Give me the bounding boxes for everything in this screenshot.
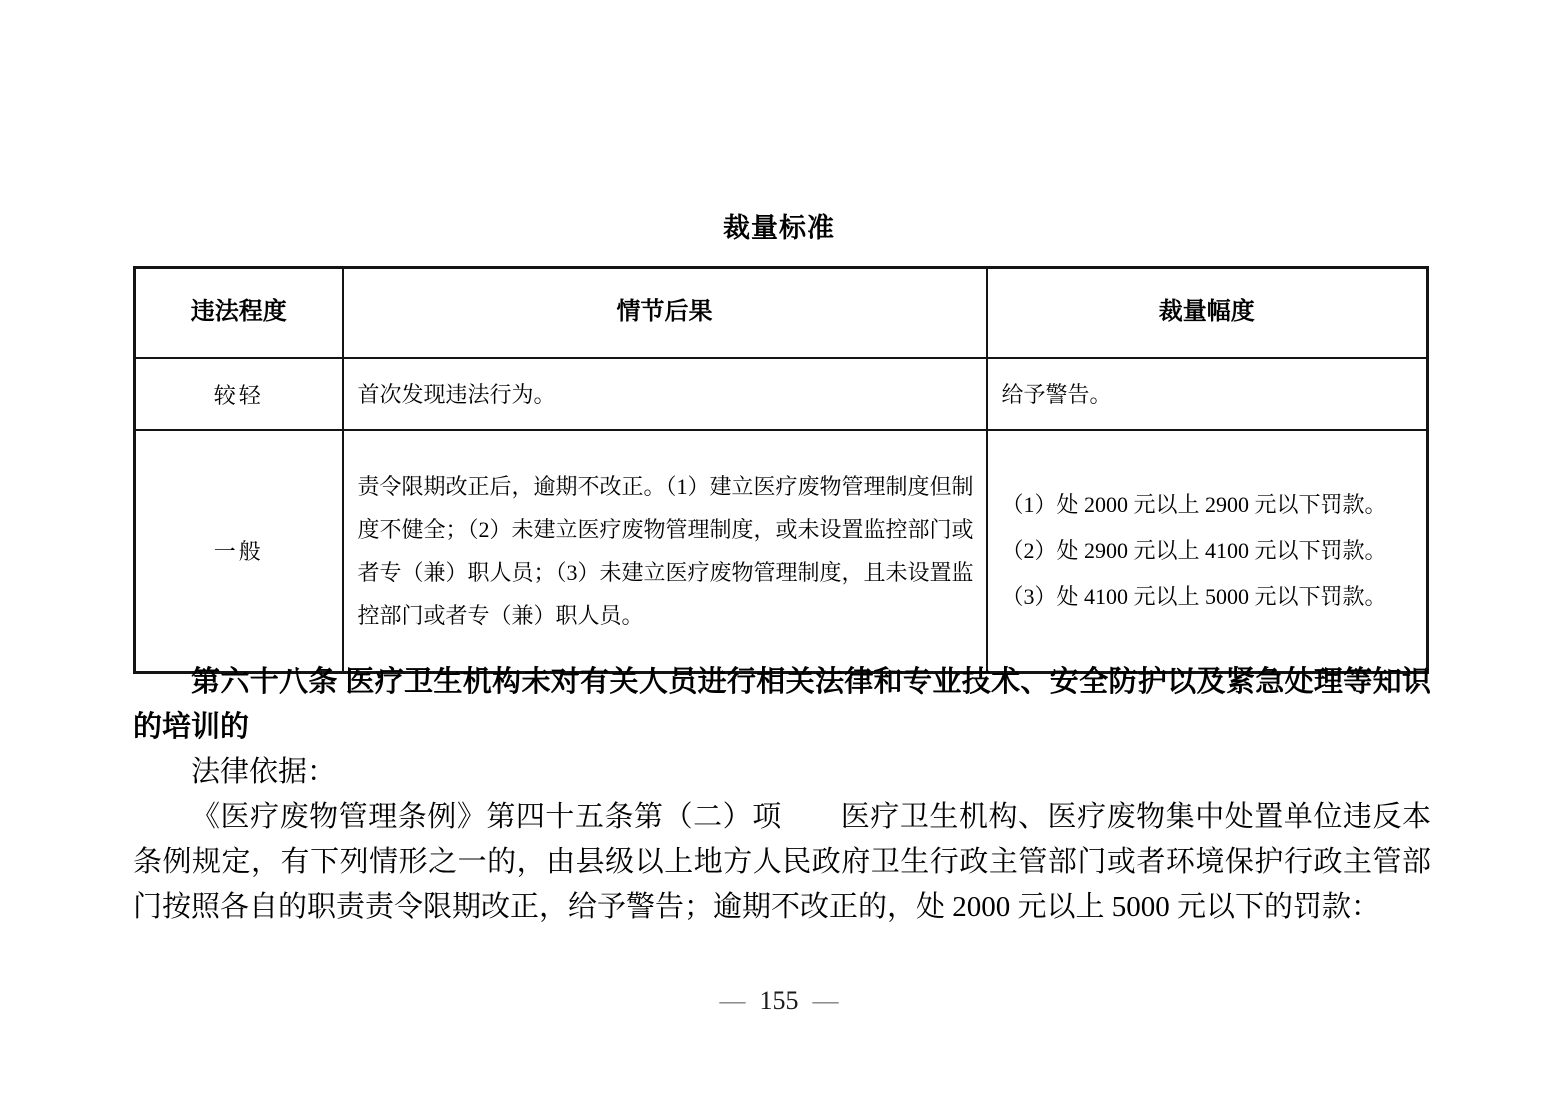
article-content: 第六十八条 医疗卫生机构未对有关人员进行相关法律和专业技术、安全防护以及紧急处理… (133, 660, 1431, 930)
degree-cell-general: 一般 (135, 430, 343, 672)
column-header-violation-degree: 违法程度 (135, 268, 343, 359)
degree-cell-minor: 较轻 (135, 358, 343, 430)
page-number: 155 (760, 986, 799, 1015)
column-header-circumstance: 情节后果 (343, 268, 987, 359)
table-row: 一般 责令限期改正后，逾期不改正。（1）建立医疗废物管理制度但制度不健全；（2）… (135, 430, 1428, 672)
discretion-standards-table: 违法程度 情节后果 裁量幅度 较轻 首次发现违法行为。 给予警告。 一般 责令限… (133, 266, 1429, 674)
circumstance-cell-general: 责令限期改正后，逾期不改正。（1）建立医疗废物管理制度但制度不健全；（2）未建立… (343, 430, 987, 672)
document-page: 裁量标准 违法程度 情节后果 裁量幅度 较轻 首次发现违法行为。 给予警告。 一… (0, 0, 1558, 1102)
legal-basis-label: 法律依据： (133, 750, 1431, 795)
column-header-discretion-range: 裁量幅度 (987, 268, 1428, 359)
table-row: 较轻 首次发现违法行为。 给予警告。 (135, 358, 1428, 430)
footer-right-dash: — (813, 986, 839, 1015)
table-header-row: 违法程度 情节后果 裁量幅度 (135, 268, 1428, 359)
page-footer: —155— (0, 986, 1558, 1016)
page-title: 裁量标准 (0, 206, 1558, 245)
range-cell-general: （1）处 2000 元以上 2900 元以下罚款。（2）处 2900 元以上 4… (987, 430, 1428, 672)
footer-left-dash: — (720, 986, 746, 1015)
legal-basis-text: 《医疗废物管理条例》第四十五条第（二）项 医疗卫生机构、医疗废物集中处置单位违反… (133, 795, 1431, 930)
article-heading: 第六十八条 医疗卫生机构未对有关人员进行相关法律和专业技术、安全防护以及紧急处理… (133, 660, 1431, 750)
circumstance-cell-minor: 首次发现违法行为。 (343, 358, 987, 430)
range-cell-minor: 给予警告。 (987, 358, 1428, 430)
